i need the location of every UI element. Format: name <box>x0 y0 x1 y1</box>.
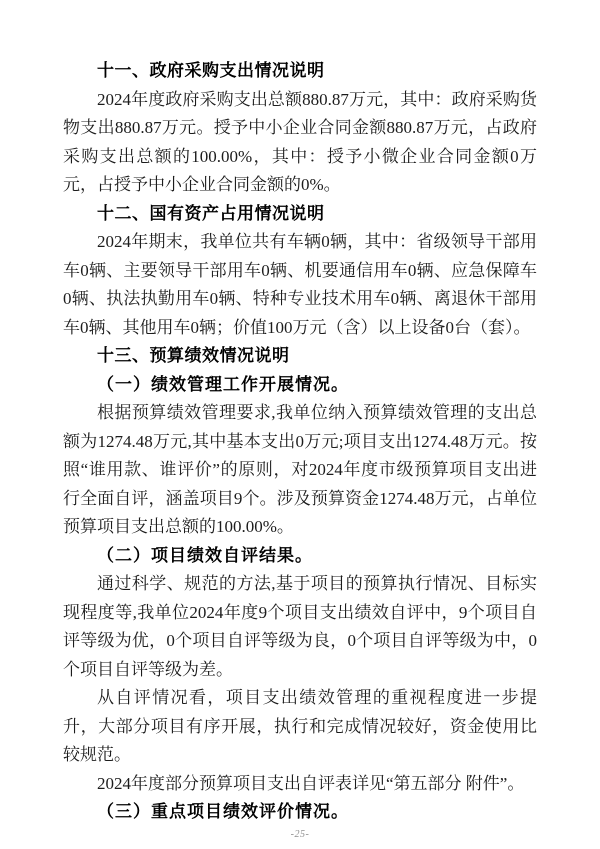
document-page: 十一、政府采购支出情况说明 2024年度政府采购支出总额880.87万元，其中：… <box>0 0 600 849</box>
section-heading-govt-procurement: 十一、政府采购支出情况说明 <box>63 57 537 86</box>
page-number: -25- <box>291 829 310 840</box>
section-heading-state-assets: 十二、国有资产占用情况说明 <box>63 200 537 229</box>
subheading-performance-management: （一）绩效管理工作开展情况。 <box>63 371 537 400</box>
document-content: 十一、政府采购支出情况说明 2024年度政府采购支出总额880.87万元，其中：… <box>0 0 600 827</box>
paragraph-govt-procurement: 2024年度政府采购支出总额880.87万元，其中：政府采购货物支出880.87… <box>63 86 537 200</box>
paragraph-self-evaluation-summary: 从自评情况看，项目支出绩效管理的重视程度进一步提升，大部分项目有序开展，执行和完… <box>63 684 537 770</box>
paragraph-state-assets: 2024年期末，我单位共有车辆0辆，其中：省级领导干部用车0辆、主要领导干部用车… <box>63 228 537 342</box>
paragraph-performance-management: 根据预算绩效管理要求,我单位纳入预算绩效管理的支出总额为1274.48万元,其中… <box>63 399 537 542</box>
section-heading-budget-performance: 十三、预算绩效情况说明 <box>63 342 537 371</box>
subheading-key-project-evaluation: （三）重点项目绩效评价情况。 <box>63 798 537 827</box>
page-footer: -25- <box>0 824 600 842</box>
paragraph-attachment-reference: 2024年度部分预算项目支出自评表详见“第五部分 附件”。 <box>63 770 537 799</box>
paragraph-self-evaluation-ratings: 通过科学、规范的方法,基于项目的预算执行情况、目标实现程度等,我单位2024年度… <box>63 570 537 684</box>
subheading-self-evaluation-results: （二）项目绩效自评结果。 <box>63 542 537 571</box>
